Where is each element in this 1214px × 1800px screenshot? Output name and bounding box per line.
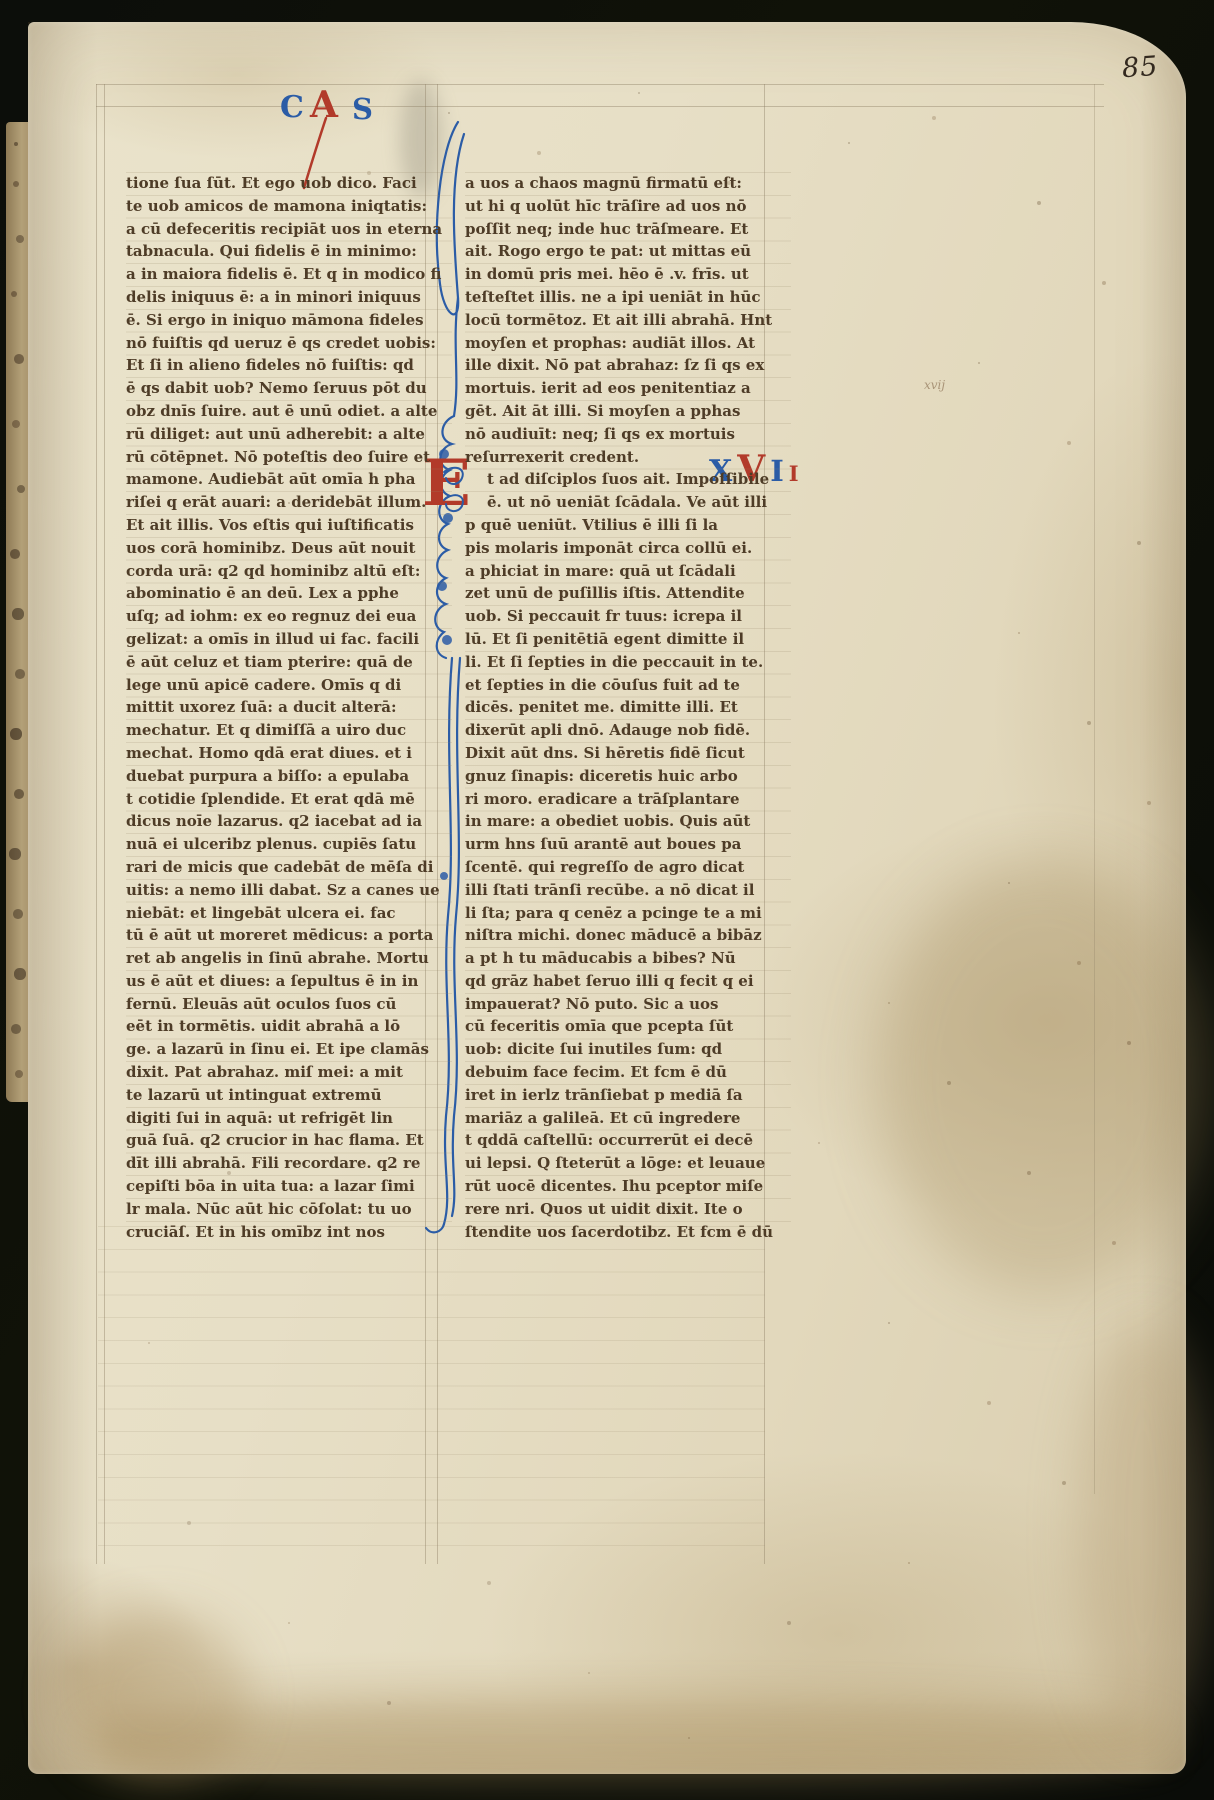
text-line: rere nri. Quos ut uidit dixit. Ite o (465, 1198, 791, 1221)
text-line: a in maiora fidelis ē. Et q in modico fi (126, 263, 452, 286)
text-line: a uos a chaos magnū firmatū eſt: (465, 172, 791, 195)
text-line: li ſta; para q cenēz a pcinge te a mi (465, 902, 791, 925)
text-line: li. Et ſi ſepties in die peccauit in te. (465, 651, 791, 674)
ruling-line (1094, 84, 1095, 1494)
text-line: a cū defeceritis recipiāt uos in eterna (126, 218, 452, 241)
text-line: guā ſuā. q2 crucior in hac flama. Et (126, 1129, 452, 1152)
text-line: tū ē aūt ut moreret mēdicus: a porta (126, 924, 452, 947)
text-line: moyſen et prophas: audiāt illos. At (465, 332, 791, 355)
text-line: illi ſtati trānſi recūbe. a nō dicat il (465, 879, 791, 902)
stain (88, 1700, 1168, 1780)
text-line: a pt h tu māducabis a bibes? Nū (465, 947, 791, 970)
text-line: t qddā caſtellū: occurrerūt ei decē (465, 1129, 791, 1152)
text-line: mechat. Homo qdā erat diues. et i (126, 742, 452, 765)
text-line: rari de micis que cadebāt de mēſa di (126, 856, 452, 879)
parchment-speckles (28, 22, 30, 24)
text-line: dicēs. penitet me. dimitte illi. Et (465, 696, 791, 719)
text-line: nō fuiſtis qd ueruz ē qs credet uobis: (126, 332, 452, 355)
text-line: fernū. Eleuās aūt oculos ſuos cū (126, 993, 452, 1016)
text-line: uob. Si peccauit fr tuus: icrepa il (465, 605, 791, 628)
text-line: a phiciat in mare: quā ut ſcādali (465, 560, 791, 583)
text-line: dixerūt apli dnō. Adauge nob fidē. (465, 719, 791, 742)
text-line: dixit. Pat abrahaz. miſ mei: a mit (126, 1061, 452, 1084)
text-line: eēt in tormētis. uidit abrahā a lō (126, 1015, 452, 1038)
text-line: ē aūt celuz et tiam pterire: quā de (126, 651, 452, 674)
text-line: t cotidie ſplendide. Et erat qdā mē (126, 788, 452, 811)
text-line: impauerat? Nō puto. Sic a uos (465, 993, 791, 1016)
text-line: ē. Si ergo in iniquo māmona fideles (126, 309, 452, 332)
stain (68, 1612, 248, 1782)
text-line: ge. a lazarū in ſinu ei. Et ipe clamās (126, 1038, 452, 1061)
text-line: obz dnīs ſuire. aut ē unū odiet. a alte (126, 400, 452, 423)
text-line: p quē ueniūt. Vtilius ē illi ſi la (465, 514, 791, 537)
text-line: in mare: a obediet uobis. Quis aūt (465, 810, 791, 833)
margin-chapter-note: xvij (924, 378, 945, 392)
text-column-left: tione ſua ſūt. Et ego uob dico. Facite u… (126, 172, 452, 1243)
text-line: digiti ſui in aquā: ut refrigēt lin (126, 1107, 452, 1130)
text-line: uitis: a nemo illi dabat. Sz a canes ue (126, 879, 452, 902)
text-line: Et ſi in alieno fideles nō fuiſtis: qd (126, 354, 452, 377)
text-line: zet unū de puſillis iſtis. Attendite (465, 582, 791, 605)
text-line: poſſit neq; inde huc trāſmeare. Et (465, 218, 791, 241)
text-line: mortuis. ierit ad eos penitentiaz a (465, 377, 791, 400)
text-line: debuim face fecim. Et fcm ē dū (465, 1061, 791, 1084)
text-line: mechatur. Et q dimiſſā a uiro duc (126, 719, 452, 742)
text-line: rūt uocē dicentes. Ihu pceptor miſe (465, 1175, 791, 1198)
colored-letter: A (310, 84, 338, 126)
ruling-line (96, 106, 1104, 107)
text-line: cepiſti bōa in uita tua: a lazar ſimi (126, 1175, 452, 1198)
text-line: in domū pris mei. hēo ē .v. frīs. ut (465, 263, 791, 286)
colored-letter: C (280, 90, 304, 125)
ruling-line (96, 84, 97, 1564)
text-line: ut hi q uolūt hīc trāſire ad uos nō (465, 195, 791, 218)
text-line: niſtra michi. donec māducē a bibāz (465, 924, 791, 947)
text-line: teſteſtet illis. ne a ipi ueniāt in hūc (465, 286, 791, 309)
text-line: ait. Rogo ergo te pat: ut mittas eū (465, 240, 791, 263)
text-line: lr mala. Nūc aūt hic cōſolat: tu uo (126, 1198, 452, 1221)
text-line: uſq; ad iohm: ex eo regnuz dei eua (126, 605, 452, 628)
text-line: ē qs dabit uob? Nemo ſeruus pōt du (126, 377, 452, 400)
text-line: dicus noīe lazarus. q2 iacebat ad ia (126, 810, 452, 833)
text-line: nō audiuīt: neq; ſi qs ex mortuis (465, 423, 791, 446)
text-line: lege unū apicē cadere. Omīs q di (126, 674, 452, 697)
text-line: Et ait illis. Vos eſtis qui iuſtificatis (126, 514, 452, 537)
text-line: abominatio ē an deū. Lex a pphe (126, 582, 452, 605)
text-line: rū cōtēpnet. Nō poteſtis deo ſuire et (126, 446, 452, 469)
text-line: gnuz ſinapis: diceretis huic arbo (465, 765, 791, 788)
text-line: niebāt: et lingebāt ulcera ei. fac (126, 902, 452, 925)
text-line: uos corā hominibz. Deus aūt nouit (126, 537, 452, 560)
text-line: tabnacula. Qui fidelis ē in minimo: (126, 240, 452, 263)
colored-letter: I (789, 461, 804, 486)
manuscript-page: CAS 85 E (28, 22, 1186, 1774)
text-line: mariāz a galileā. Et cū ingredere (465, 1107, 791, 1130)
folio-number: 85 (1121, 51, 1159, 84)
text-line: mamone. Audiebāt aūt omīa h pha (126, 468, 452, 491)
text-line: Dixit aūt dns. Si hēretis fidē ſicut (465, 742, 791, 765)
text-line: t ad diſciplos ſuos ait. Impoſſibile (465, 468, 791, 491)
text-line: gēt. Ait āt illi. Si moyſen a pphas (465, 400, 791, 423)
text-line: te uob amicos de mamona iniqtatis: (126, 195, 452, 218)
text-line: qd grāz habet ſeruo illi q fecit q ei (465, 970, 791, 993)
text-line: te lazarū ut intinguat extremū (126, 1084, 452, 1107)
ruling-line (96, 84, 1104, 85)
text-line: cū feceritis omīa que pcepta ſūt (465, 1015, 791, 1038)
text-line: lū. Et ſi penitētiā egent dimitte il (465, 628, 791, 651)
colored-letter: S (352, 92, 373, 126)
text-column-right: a uos a chaos magnū firmatū eſt:ut hi q … (465, 172, 791, 1243)
text-line: mittit uxorez ſuā: a ducit alterā: (126, 696, 452, 719)
text-line: delis iniquus ē: a in minori iniquus (126, 286, 452, 309)
text-line: ſcentē. qui regreſſo de agro dicat (465, 856, 791, 879)
text-line: ri moro. eradicare a trāſplantare (465, 788, 791, 811)
text-line: ē. ut nō ueniāt ſcādala. Ve aūt illi (465, 491, 791, 514)
text-line: locū tormētoz. Et ait illi abrahā. Hnt (465, 309, 791, 332)
text-line: reſurrexerit credent. (465, 446, 791, 469)
text-line: ſtendite uos ſacerdotibz. Et fcm ē dū (465, 1221, 791, 1244)
photo-background: CAS 85 E (0, 0, 1214, 1800)
stain (1078, 1322, 1208, 1742)
text-line: urm hns ſuū arantē aut boues pa (465, 833, 791, 856)
margin-smudges (14, 142, 18, 146)
blank-ruled-area (98, 1226, 765, 1562)
text-line: et ſepties in die cōuſus fuit ad te (465, 674, 791, 697)
text-line: gelizat: a omīs in illud ui fac. facili (126, 628, 452, 651)
stain (878, 862, 1208, 1292)
text-line: nuā ei ulceribz plenus. cupiēs ſatu (126, 833, 452, 856)
text-line: duebat purpura a biſſo: a epulaba (126, 765, 452, 788)
text-line: rū diliget: aut unū adherebit: a alte (126, 423, 452, 446)
text-line: ret ab angelis in ſinū abrahe. Mortu (126, 947, 452, 970)
text-line: ui lepsi. Q ſteterūt a lōge: et leuaue (465, 1152, 791, 1175)
text-line: corda urā: q2 qd hominibz altū eſt: (126, 560, 452, 583)
text-line: cruciāſ. Et in his omībz int nos (126, 1221, 452, 1244)
text-line: us ē aūt et diues: a ſepultus ē in in (126, 970, 452, 993)
text-line: riſei q erāt auari: a deridebāt illum. (126, 491, 452, 514)
text-line: dīt illi abrahā. Fili recordare. q2 re (126, 1152, 452, 1175)
text-line: uob: dicite ſui inutiles ſum: qd (465, 1038, 791, 1061)
text-line: iret in ierlz trānſiebat p mediā ſa (465, 1084, 791, 1107)
text-line: tione ſua ſūt. Et ego uob dico. Faci (126, 172, 452, 195)
text-line: pis molaris imponāt circa collū ei. (465, 537, 791, 560)
text-line: ille dixit. Nō pat abrahaz: ſz ſi qs ex (465, 354, 791, 377)
